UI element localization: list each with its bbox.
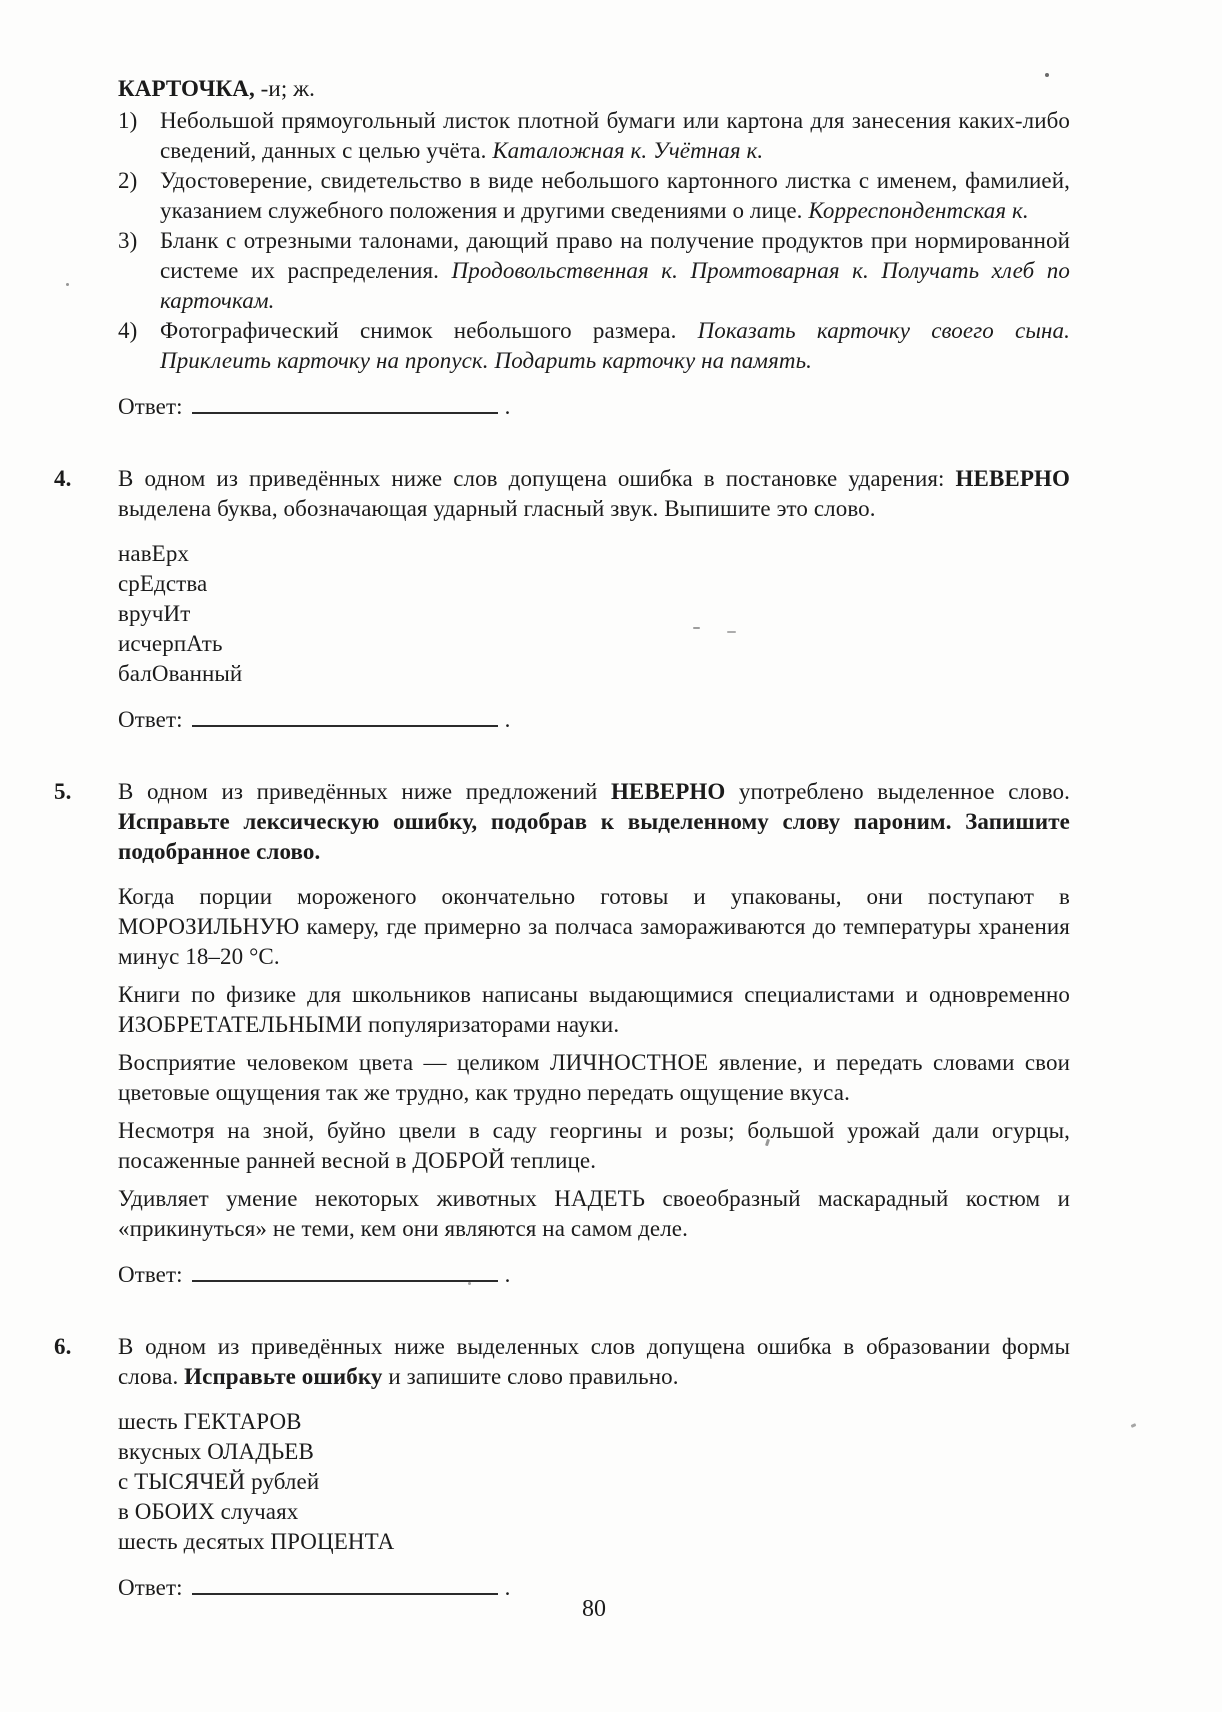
sense-text: Фотографический снимок небольшого размер… [160,316,1070,376]
task-number: 4. [54,464,71,494]
answer-period: . [505,394,511,419]
word-option: вкусных ОЛАДЬЕВ [118,1437,1070,1467]
prompt-segment: употреблено выделенное слово. [725,779,1070,804]
sentence-list: Когда порции мороженого окончательно гот… [118,882,1070,1244]
answer-period: . [505,1262,511,1287]
task-5: 5. В одном из приведённых ниже предложен… [118,777,1070,1290]
scan-artifact [727,631,736,633]
sense-number: 2) [118,166,160,226]
word-option: балОванный [118,659,1070,689]
sense-text: Удостоверение, свидетельство в виде небо… [160,166,1070,226]
sense-text: Небольшой прямоугольный листок плотной б… [160,106,1070,166]
sentence-paragraph: Удивляет умение некоторых животных НАДЕТ… [118,1184,1070,1244]
answer-label: Ответ: [118,1262,183,1287]
answer-line: Ответ:. [118,704,1070,735]
task-4: 4. В одном из приведённых ниже слов допу… [118,464,1070,735]
headword-word: КАРТОЧКА, [118,76,255,101]
prompt-segment: и запишите слово правильно. [382,1364,678,1389]
word-options-list: шесть ГЕКТАРОВ вкусных ОЛАДЬЕВ с ТЫСЯЧЕЙ… [118,1407,1070,1557]
page-number: 80 [118,1596,1070,1623]
word-option: шесть ГЕКТАРОВ [118,1407,1070,1437]
sense-text: Бланк с отрезными талонами, дающий право… [160,226,1070,316]
headword-grammar: -и; ж. [255,76,315,101]
answer-label: Ответ: [118,394,183,419]
answer-blank [192,704,498,727]
prompt-segment: выделена буква, обозначающая ударный гла… [118,496,876,521]
word-option: навЕрх [118,539,1070,569]
answer-line: Ответ:. [118,1259,1070,1290]
answer-line: Ответ:. [118,391,1070,422]
word-option: срЕдства [118,569,1070,599]
prompt-segment: В одном из приведённых ниже предложений [118,779,611,804]
answer-label: Ответ: [118,707,183,732]
word-option: в ОБОИХ случаях [118,1497,1070,1527]
dictionary-sense: 3) Бланк с отрезными талонами, дающий пр… [118,226,1070,316]
sense-examples: Каталожная к. Учётная к. [492,138,763,163]
dictionary-entry: КАРТОЧКА, -и; ж. 1) Небольшой прямоуголь… [118,74,1070,422]
answer-blank [192,1259,498,1282]
word-option: исчерпАть [118,629,1070,659]
dictionary-headword: КАРТОЧКА, -и; ж. [118,74,1070,104]
answer-blank [192,391,498,414]
scan-artifact [486,1196,489,1200]
sentence-paragraph: Когда порции мороженого окончательно гот… [118,882,1070,972]
scan-artifact [693,627,700,629]
prompt-segment-bold: Исправьте лексическую ошибку, подобрав к… [118,809,1070,864]
task-number: 6. [54,1332,71,1362]
prompt-segment-bold: Исправьте ошибку [184,1364,382,1389]
word-option: шесть десятых ПРОЦЕНТА [118,1527,1070,1557]
task-prompt: В одном из приведённых ниже выделенных с… [118,1332,1070,1392]
page-content: КАРТОЧКА, -и; ж. 1) Небольшой прямоуголь… [0,0,1222,1603]
prompt-segment-bold: НЕВЕРНО [611,779,725,804]
dictionary-sense: 1) Небольшой прямоугольный листок плотно… [118,106,1070,166]
task-prompt: В одном из приведённых ниже предложений … [118,777,1070,867]
task-number: 5. [54,777,71,807]
sense-definition: Фотографический снимок небольшого размер… [160,318,698,343]
task-6: 6. В одном из приведённых ниже выделенны… [118,1332,1070,1603]
scan-artifact [66,283,69,286]
scan-artifact [468,1282,471,1285]
sentence-paragraph: Несмотря на зной, буйно цвели в саду гео… [118,1116,1070,1176]
prompt-segment-bold: НЕВЕРНО [956,466,1070,491]
sense-number: 1) [118,106,160,166]
task-prompt: В одном из приведённых ниже слов допущен… [118,464,1070,524]
sentence-paragraph: Книги по физике для школьников написаны … [118,980,1070,1040]
sense-examples: Корреспондентская к. [808,198,1028,223]
word-option: вручИт [118,599,1070,629]
dictionary-sense: 4) Фотографический снимок небольшого раз… [118,316,1070,376]
word-option: с ТЫСЯЧЕЙ рублей [118,1467,1070,1497]
answer-blank [192,1572,498,1595]
word-options-list: навЕрх срЕдства вручИт исчерпАть балОван… [118,539,1070,689]
scan-artifact [1045,73,1049,77]
dictionary-sense: 2) Удостоверение, свидетельство в виде н… [118,166,1070,226]
scanned-workbook-page: КАРТОЧКА, -и; ж. 1) Небольшой прямоуголь… [0,0,1222,1712]
sentence-paragraph: Восприятие человеком цвета — целиком ЛИЧ… [118,1048,1070,1108]
answer-period: . [505,707,511,732]
sense-number: 3) [118,226,160,316]
prompt-segment: В одном из приведённых ниже слов допущен… [118,466,956,491]
sense-number: 4) [118,316,160,376]
